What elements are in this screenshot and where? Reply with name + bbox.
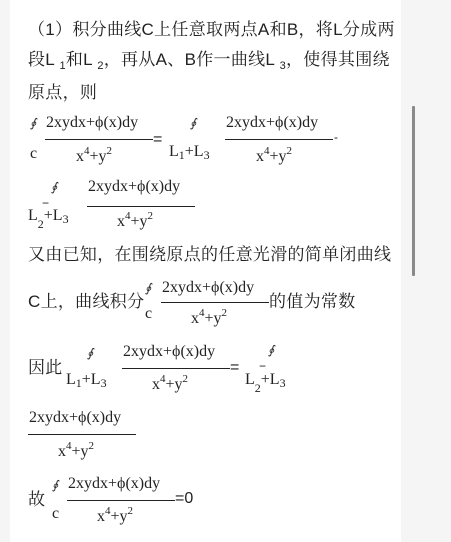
den-x: x — [191, 310, 199, 327]
contour-integral-icon: ∮ — [145, 281, 151, 295]
fraction-denominator: x4+y2 — [58, 440, 94, 461]
text: 和L — [66, 50, 97, 69]
vertical-scrollbar[interactable] — [412, 106, 415, 276]
L: L — [169, 143, 179, 160]
fraction-numerator: 2xydx+ϕ(x)dy — [46, 114, 138, 132]
fraction-numerator: 2xydx+ϕ(x)dy — [88, 178, 180, 196]
minus-sign: - — [334, 130, 338, 144]
exponent: 2 — [107, 145, 113, 157]
integral-limit: c — [145, 305, 152, 323]
integral-limit: L1+L3 — [169, 143, 210, 163]
plus-L: +L — [261, 371, 280, 388]
integral-limit: c — [52, 505, 59, 523]
den-x: x — [256, 148, 264, 165]
para3-prefix: 因此 — [28, 358, 63, 378]
den-plus-y: +y — [131, 213, 148, 230]
exponent: 2 — [128, 505, 134, 517]
den-plus-y: +y — [72, 443, 89, 460]
para4-prefix: 故 — [28, 490, 45, 510]
para2-line1: 又由已知，在围绕原点的任意光滑的简单闭曲线 — [28, 245, 391, 265]
den-x: x — [97, 508, 105, 525]
para1-line2: 段L 1和L 2，再从A、B作一曲线L 3，使得其围绕 — [28, 50, 390, 76]
text: 段L — [28, 50, 59, 69]
subscript: 3 — [63, 212, 69, 226]
contour-integral-icon: ∮ — [30, 116, 36, 130]
para2-line2-suffix: 的值为常数 — [269, 292, 356, 312]
den-plus-y: +y — [270, 148, 287, 165]
den-x: x — [58, 443, 66, 460]
fraction-denominator: x4+y2 — [152, 373, 188, 394]
exponent: 2 — [148, 210, 154, 222]
contour-integral-icon: ∮ — [268, 343, 274, 357]
fraction-denominator: x4+y2 — [97, 505, 133, 526]
den-plus-y: +y — [111, 508, 128, 525]
fraction-denominator: x4+y2 — [191, 307, 227, 328]
fraction-bar — [45, 139, 153, 140]
integral-limit: c — [30, 145, 37, 163]
fraction-numerator: 2xydx+ϕ(x)dy — [68, 475, 160, 493]
exponent: 2 — [222, 307, 228, 319]
contour-integral-icon: ∮ — [190, 116, 196, 130]
text: ，使得其围绕 — [286, 50, 390, 69]
contour-integral-icon: ∮ — [52, 478, 58, 492]
den-plus-y: +y — [166, 376, 183, 393]
den-x: x — [117, 213, 125, 230]
fraction-bar — [122, 368, 230, 369]
fraction-bar — [67, 500, 175, 501]
para1-line1: （1）积分曲线C上任意取两点A和B，将L分成两 — [28, 20, 395, 40]
plus-L: +L — [185, 143, 204, 160]
integral-limit: L2+L3 — [28, 207, 69, 232]
fraction-numerator: 2xydx+ϕ(x)dy — [226, 114, 318, 132]
fraction-bar — [225, 139, 333, 140]
fraction-denominator: x4+y2 — [117, 210, 153, 231]
fraction-bar — [28, 434, 136, 435]
plus-L: +L — [44, 207, 63, 224]
fraction-bar — [161, 302, 269, 303]
fraction-denominator: x4+y2 — [256, 145, 292, 166]
exponent: 2 — [287, 145, 293, 157]
para2-line2-prefix: C上，曲线积分 — [28, 292, 144, 312]
den-x: x — [152, 376, 160, 393]
den-x: x — [76, 148, 84, 165]
contour-integral-icon: ∮ — [87, 346, 93, 360]
subscript: 3 — [101, 376, 107, 390]
text: ，再从A、B作一曲线L — [104, 50, 280, 69]
den-plus-y: +y — [205, 310, 222, 327]
integral-limit: L2+L3 — [245, 371, 286, 396]
subscript: 3 — [280, 376, 286, 390]
fraction-numerator: 2xydx+ϕ(x)dy — [123, 343, 215, 361]
fraction-numerator: 2xydx+ϕ(x)dy — [162, 279, 254, 297]
fraction-numerator: 2xydx+ϕ(x)dy — [29, 409, 121, 427]
fraction-denominator: x4+y2 — [76, 145, 112, 166]
L: L — [245, 371, 255, 388]
integral-limit: L1+L3 — [66, 371, 107, 391]
result-equals-zero: =0 — [175, 490, 193, 508]
exponent: 2 — [89, 440, 95, 452]
equals-sign: = — [230, 359, 239, 377]
fraction-bar — [87, 206, 195, 207]
subscript: 3 — [204, 148, 210, 162]
exponent: 2 — [183, 373, 189, 385]
plus-L: +L — [82, 371, 101, 388]
L: L — [28, 207, 38, 224]
equals-sign: = — [153, 131, 162, 149]
den-plus-y: +y — [90, 148, 107, 165]
para1-line3: 原点，则 — [28, 83, 97, 103]
contour-integral-icon: ∮ — [51, 180, 57, 194]
L: L — [66, 371, 76, 388]
